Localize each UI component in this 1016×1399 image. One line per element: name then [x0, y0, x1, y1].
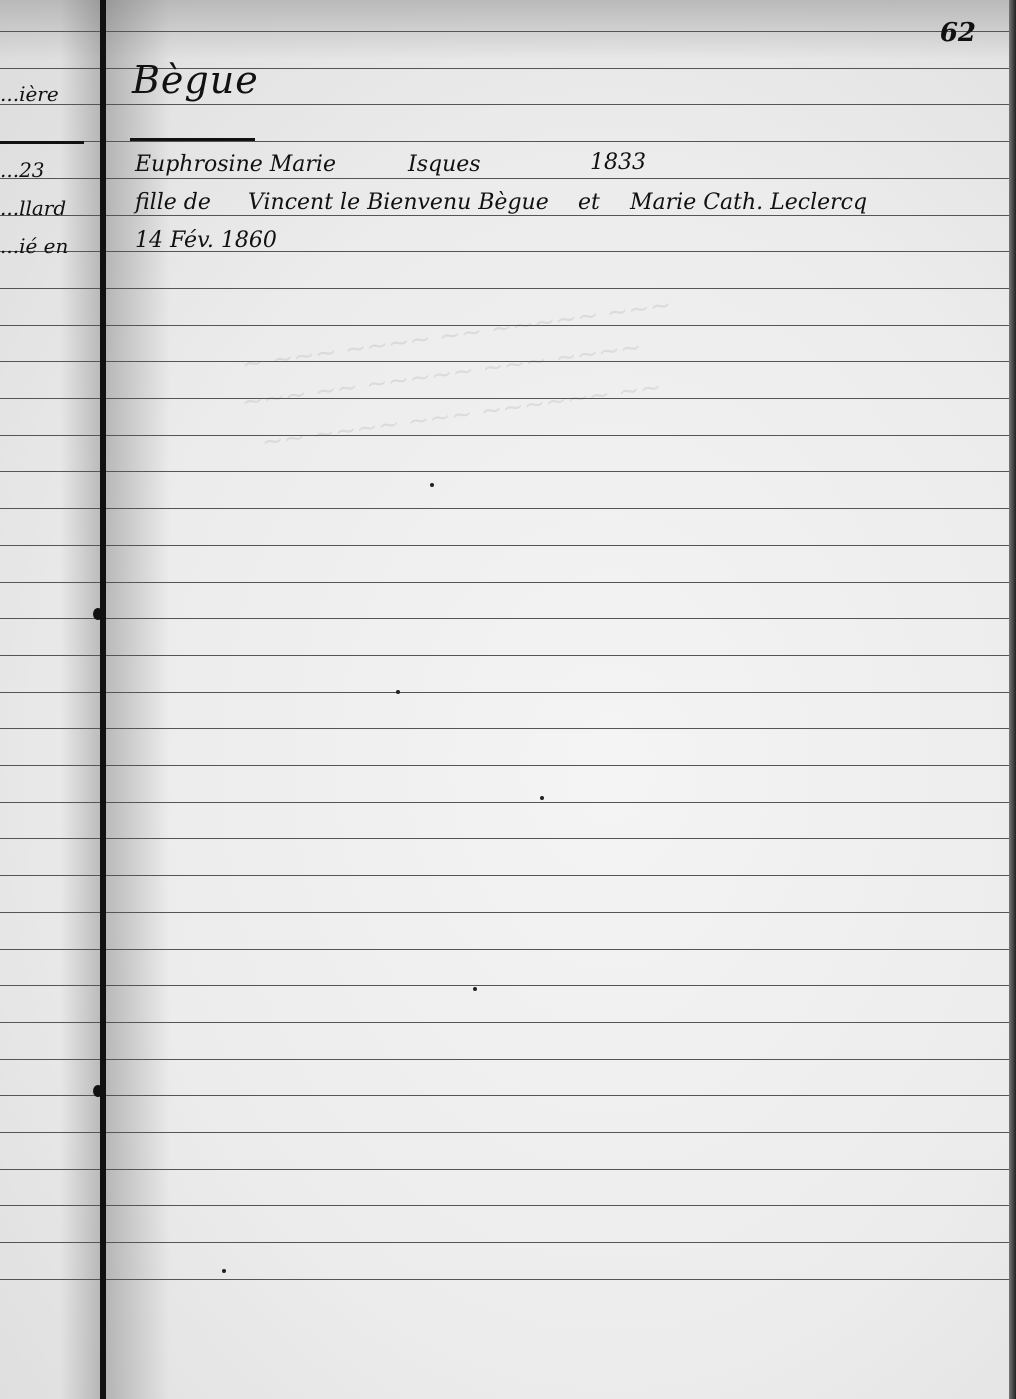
ruled-line — [0, 141, 1010, 142]
ruled-line — [0, 215, 1010, 216]
father-name: Vincent le Bienvenu Bègue — [248, 190, 549, 215]
prev-page-fragment: ...23 — [0, 158, 45, 182]
ledger-page: ~ ~~~ ~~~~ ~~ ~~~~~ ~~~ ~~~ ~~ ~~~~~ ~~~… — [0, 0, 1016, 1399]
ruled-line — [0, 288, 1010, 289]
ruled-line — [0, 1242, 1010, 1243]
ruled-line — [0, 765, 1010, 766]
paper-speck — [540, 796, 544, 800]
given-names: Euphrosine Marie — [135, 152, 336, 177]
ruled-line — [0, 471, 1010, 472]
ruled-line — [0, 435, 1010, 436]
ruled-line — [0, 1095, 1010, 1096]
ruled-line — [0, 545, 1010, 546]
heading-underline — [130, 138, 255, 141]
margin-line — [100, 0, 106, 1399]
parents-prefix: fille de — [135, 190, 211, 215]
ruled-line — [0, 508, 1010, 509]
prev-page-fragment: ...llard — [0, 196, 66, 220]
paper-speck — [430, 483, 434, 487]
binding-hole — [93, 1085, 103, 1097]
prev-page-fragment: ...ié en — [0, 234, 68, 258]
ruled-line — [0, 949, 1010, 950]
ruled-line — [0, 618, 1010, 619]
birth-year: 1833 — [590, 150, 646, 175]
page-number: 62 — [940, 18, 976, 48]
ruled-line — [0, 1279, 1010, 1280]
paper-speck — [396, 690, 400, 694]
ruled-line — [0, 912, 1010, 913]
ruled-line — [0, 31, 1010, 32]
ruled-line — [0, 1059, 1010, 1060]
surname-heading: Bègue — [132, 58, 259, 102]
ruled-line — [0, 1132, 1010, 1133]
prev-page-fragment: ...ière — [0, 82, 59, 106]
prev-page-underline — [0, 141, 84, 144]
ruled-line — [0, 178, 1010, 179]
paper-speck — [222, 1269, 226, 1273]
ruled-line — [0, 655, 1010, 656]
ruled-line — [0, 1169, 1010, 1170]
mother-name: Marie Cath. Leclercq — [630, 190, 867, 215]
binding-hole — [93, 608, 103, 620]
page-edge — [1009, 0, 1016, 1399]
conjunction: et — [578, 190, 600, 215]
ruled-line — [0, 1205, 1010, 1206]
ruled-line — [0, 985, 1010, 986]
birth-place: Isques — [408, 152, 481, 177]
ruled-line — [0, 728, 1010, 729]
ruled-line — [0, 692, 1010, 693]
ruled-line — [0, 582, 1010, 583]
ruled-line — [0, 104, 1010, 105]
ruled-line — [0, 875, 1010, 876]
ruled-line — [0, 838, 1010, 839]
ruled-line — [0, 1022, 1010, 1023]
entry-date: 14 Fév. 1860 — [135, 228, 277, 253]
ruled-line — [0, 802, 1010, 803]
paper-speck — [473, 987, 477, 991]
